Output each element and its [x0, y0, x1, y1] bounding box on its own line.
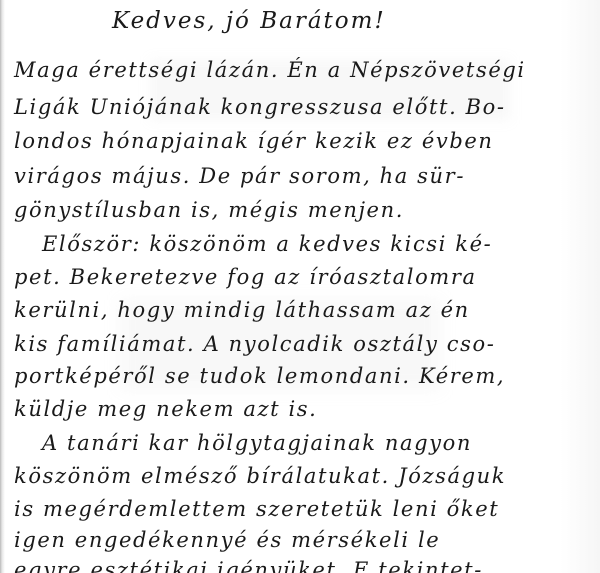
letter-line: kis famíliámat. A nyolcadik osztály cso- [14, 334, 495, 355]
letter-line: gönystílusban is, mégis menjen. [14, 200, 404, 221]
letter-line: pet. Bekeretezve fog az íróasztalomra [14, 267, 477, 288]
scanned-letter-page: Kedves, jó Barátom! Maga érettségi lázán… [0, 0, 600, 573]
letter-line: portképéről se tudok lemondani. Kérem, [14, 366, 505, 387]
letter-line: Először: köszönöm a kedves kicsi ké- [42, 234, 492, 255]
letter-line: egyre esztétikai igényüket. E tekintet- [14, 560, 483, 573]
letter-line: kerülni, hogy mindig láthassam az én [14, 300, 470, 321]
letter-greeting: Kedves, jó Barátom! [112, 10, 386, 33]
letter-line: A tanári kar hölgytagjainak nagyon [42, 433, 472, 454]
letter-line: virágos május. De pár sorom, ha sür- [14, 166, 465, 187]
letter-line: londos hónapjainak ígér kezik ez évben [14, 131, 494, 152]
letter-line: Maga érettségi lázán. Én a Népszövetségi [14, 60, 526, 81]
letter-line: küldje meg nekem azt is. [14, 399, 317, 420]
letter-line: igen engedékennyé és mérsékeli le [14, 530, 440, 551]
letter-line: Ligák Uniójának kongresszusa előtt. Bo- [14, 97, 506, 118]
letter-line: is megérdemlettem szeretetük leni őket [14, 499, 499, 520]
letter-line: köszönöm elmésző bírálatukat. Józságuk [14, 466, 506, 487]
